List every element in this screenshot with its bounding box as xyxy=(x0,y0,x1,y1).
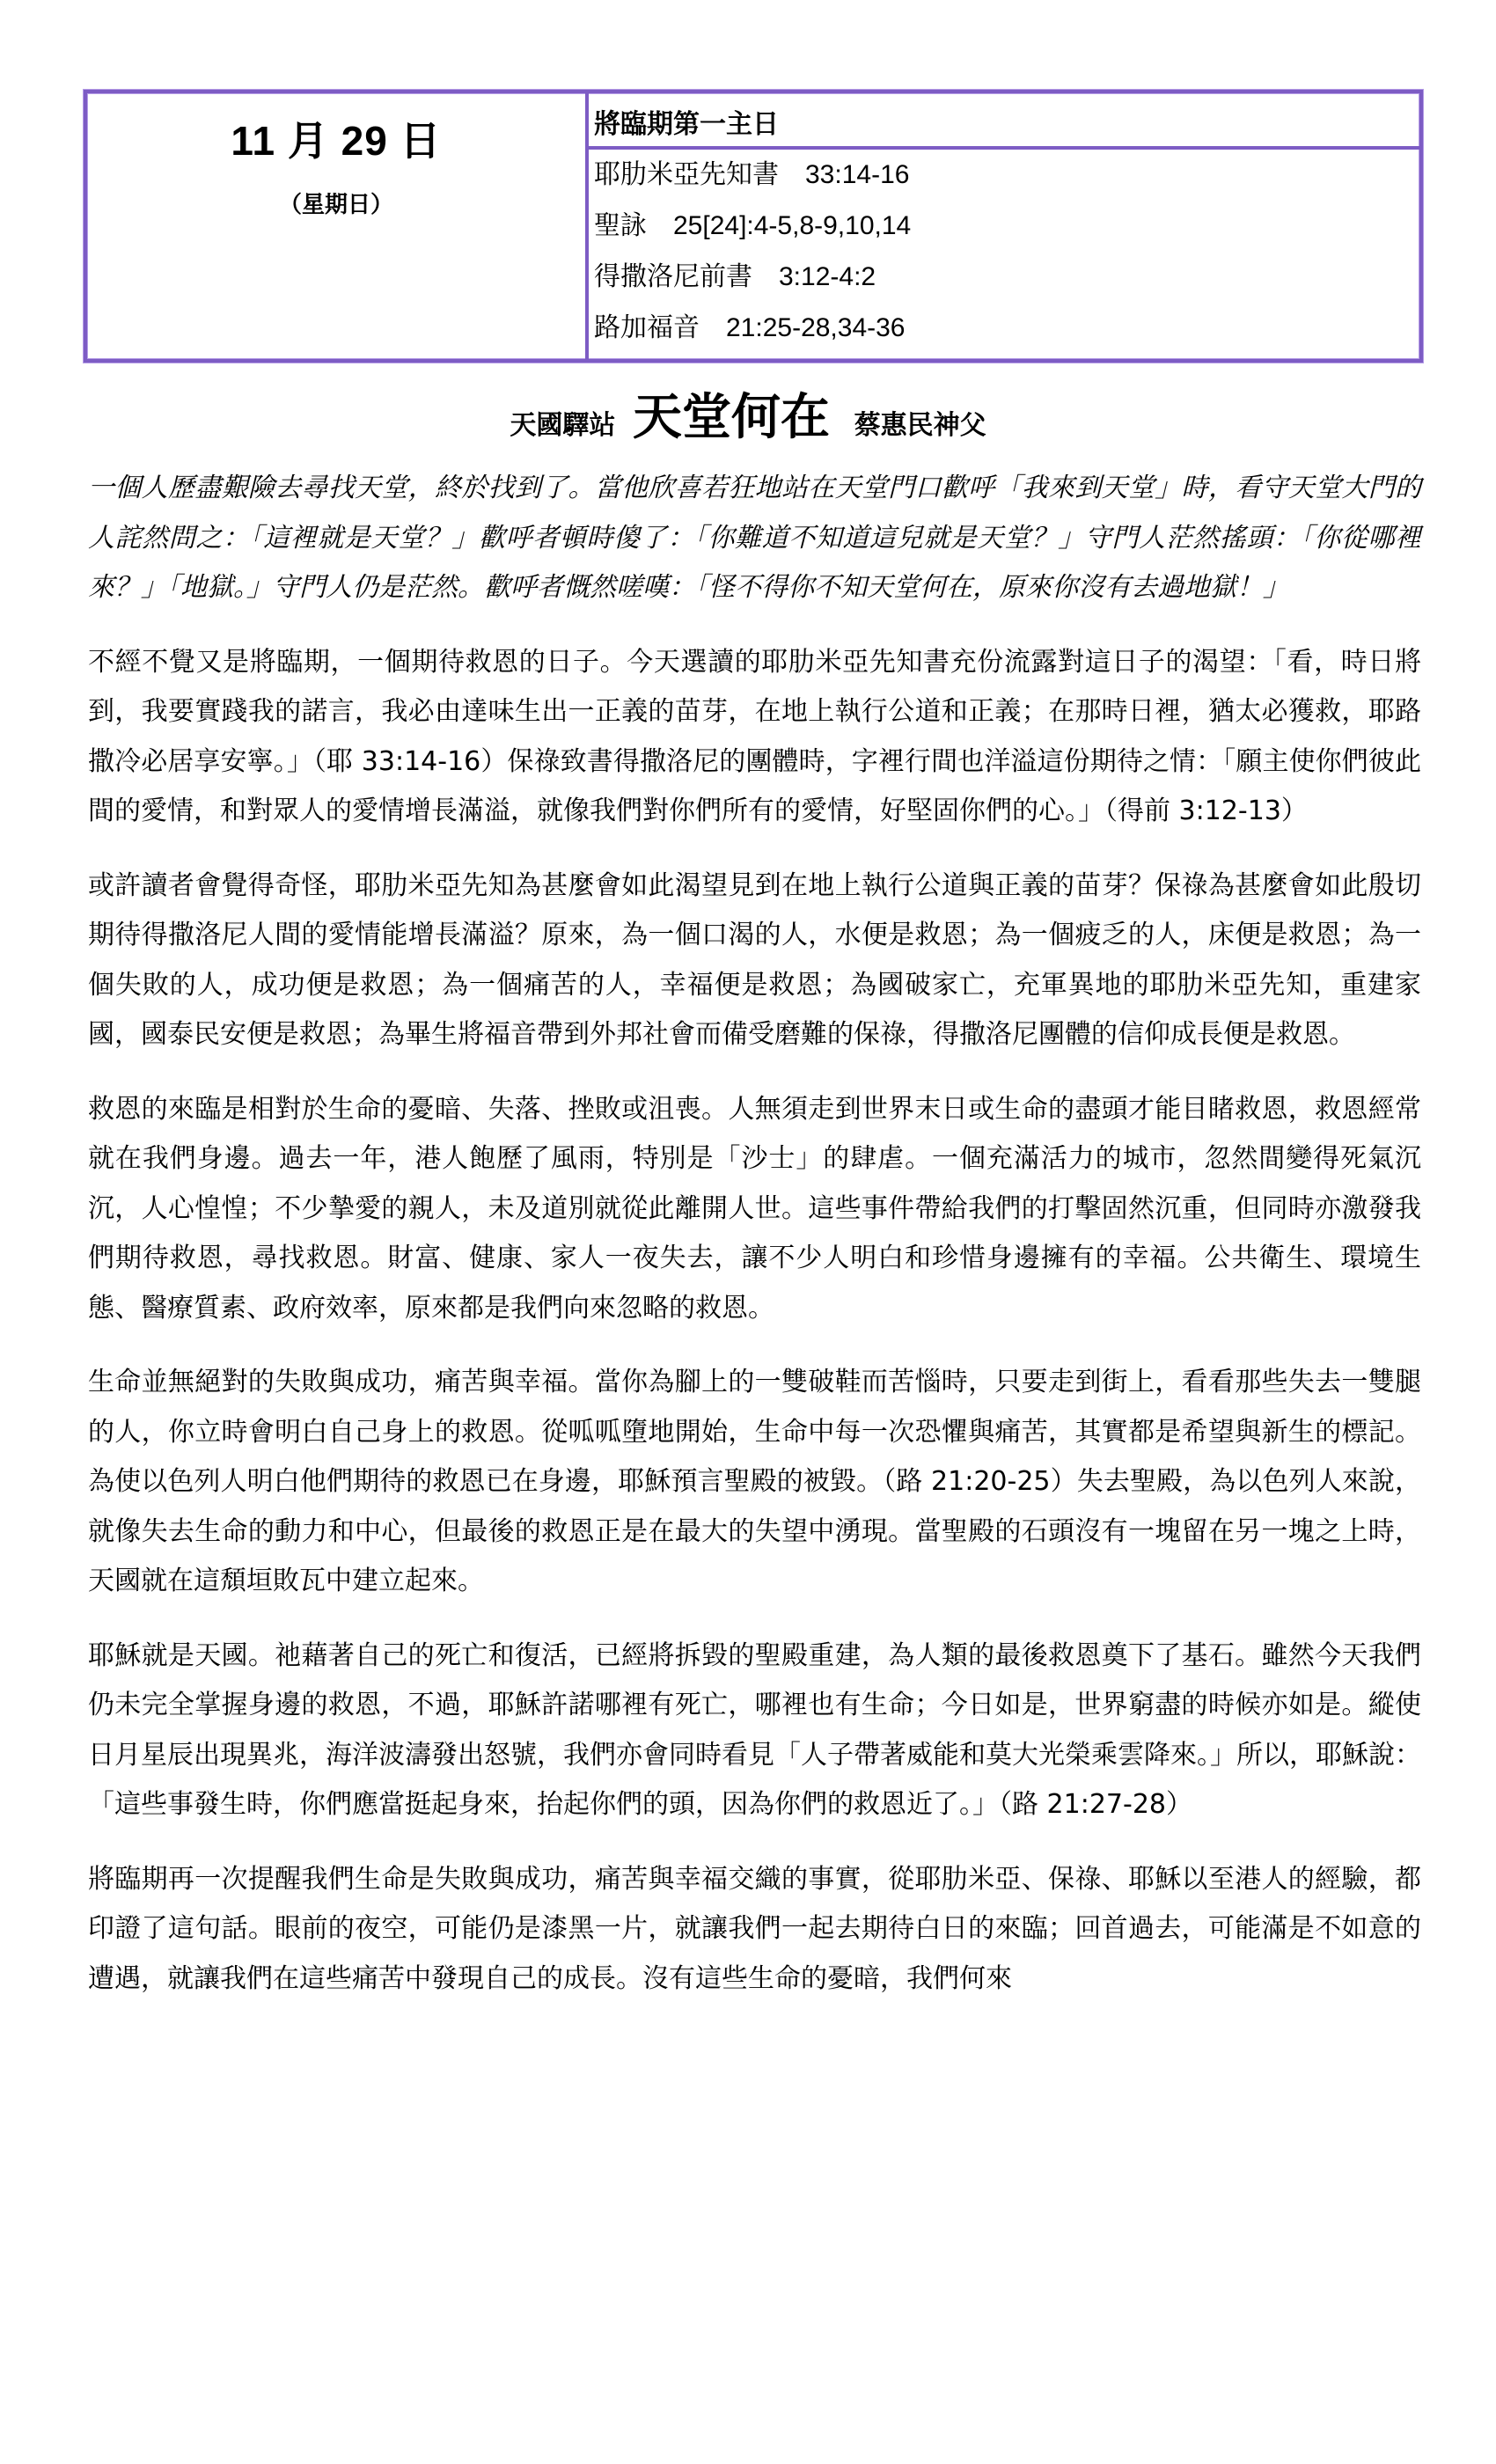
body-paragraph: 不經不覺又是將臨期，一個期待救恩的日子。今天選讀的耶肋米亞先知書充份流露對這日子… xyxy=(88,638,1421,837)
article-title: 天堂何在 xyxy=(633,389,830,446)
reading-reference: 3:12-4:2 xyxy=(779,262,876,291)
readings-cell: 將臨期第一主日 耶肋米亞先知書33:14-16 聖詠25[24]:4-5,8-9… xyxy=(589,93,1419,359)
reading-book: 耶肋米亞先知書 xyxy=(594,159,779,190)
article-title-line: 天國驛站 天堂何在 蔡惠民神父 xyxy=(0,378,1496,449)
intro-story-paragraph: 一個人歷盡艱險去尋找天堂，終於找到了。當他欣喜若狂地站在天堂門口歡呼「我來到天堂… xyxy=(88,464,1421,613)
reading-book: 聖詠 xyxy=(594,210,647,241)
reading-first: 耶肋米亞先知書33:14-16 xyxy=(589,150,1419,201)
weekday-label: （星期日） xyxy=(87,187,585,219)
date-cell: 11 月 29 日 （星期日） xyxy=(87,93,589,359)
reading-reference: 21:25-28,34-36 xyxy=(726,313,906,342)
article-body: 一個人歷盡艱險去尋找天堂，終於找到了。當他欣喜若狂地站在天堂門口歡呼「我來到天堂… xyxy=(88,464,1421,2028)
reading-reference: 25[24]:4-5,8-9,10,14 xyxy=(673,211,911,240)
reading-reference: 33:14-16 xyxy=(805,160,909,189)
body-paragraph: 或許讀者會覺得奇怪，耶肋米亞先知為甚麼會如此渴望見到在地上執行公道與正義的苗芽？… xyxy=(88,862,1421,1060)
body-paragraph: 耶穌就是天國。祂藉著自己的死亡和復活，已經將拆毀的聖殿重建，為人類的最後救恩奠下… xyxy=(88,1632,1421,1830)
body-paragraph: 救恩的來臨是相對於生命的憂暗、失落、挫敗或沮喪。人無須走到世界末日或生命的盡頭才… xyxy=(88,1085,1421,1334)
column-name: 天國驛站 xyxy=(510,410,615,441)
reading-psalm: 聖詠25[24]:4-5,8-9,10,14 xyxy=(589,201,1419,252)
reading-book: 得撒洛尼前書 xyxy=(594,261,752,292)
reading-second: 得撒洛尼前書3:12-4:2 xyxy=(589,252,1419,303)
body-paragraph: 將臨期再一次提醒我們生命是失敗與成功，痛苦與幸福交織的事實，從耶肋米亞、保祿、耶… xyxy=(88,1855,1421,2005)
liturgy-header-table: 11 月 29 日 （星期日） 將臨期第一主日 耶肋米亞先知書33:14-16 … xyxy=(84,90,1423,363)
author-name: 蔡惠民神父 xyxy=(854,410,986,441)
liturgical-day-title: 將臨期第一主日 xyxy=(589,93,1419,150)
body-paragraph: 生命並無絕對的失敗與成功，痛苦與幸福。當你為腳上的一雙破鞋而苦惱時，只要走到街上… xyxy=(88,1358,1421,1607)
date-label: 11 月 29 日 xyxy=(87,109,585,167)
reading-book: 路加福音 xyxy=(594,312,700,343)
reading-gospel: 路加福音21:25-28,34-36 xyxy=(589,303,1419,354)
